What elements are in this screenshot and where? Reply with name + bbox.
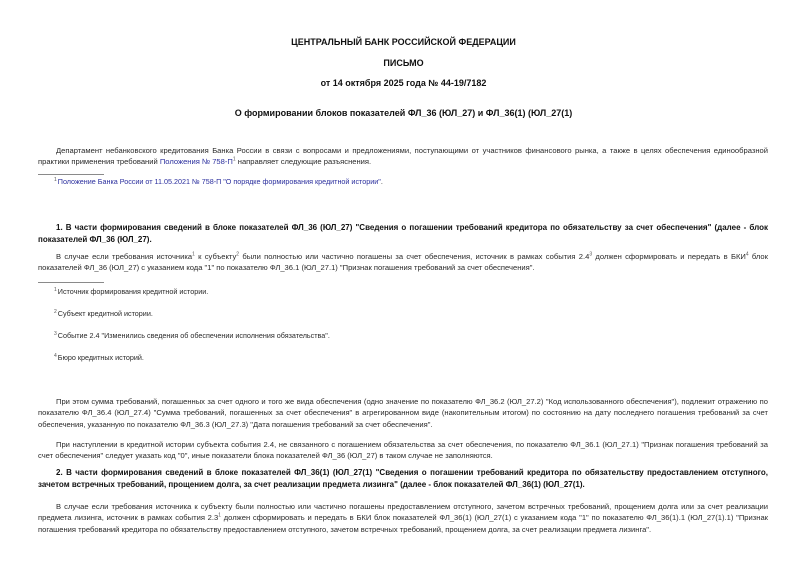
section-1-paragraph-2: При этом сумма требований, погашенных за… xyxy=(38,396,768,430)
section-1-paragraph-1: В случае если требования источника1 к су… xyxy=(38,251,768,274)
footnote-marker: 1 xyxy=(54,177,57,183)
org-name: ЦЕНТРАЛЬНЫЙ БАНК РОССИЙСКОЙ ФЕДЕРАЦИИ xyxy=(0,36,807,50)
footnote-regulation-link[interactable]: Положение Банка России от 11.05.2021 № 7… xyxy=(58,177,381,186)
intro-text-tail: направляет следующие разъяснения. xyxy=(236,157,371,166)
footnote-text: Событие 2.4 "Изменились сведения об обес… xyxy=(58,331,330,340)
footnote-marker: 2 xyxy=(54,309,57,315)
footnote-marker: 1 xyxy=(54,287,57,293)
footnote-marker: 3 xyxy=(54,331,57,337)
footnote-divider xyxy=(38,174,104,175)
footnote-subject: 2Субъект кредитной истории. xyxy=(54,309,153,320)
intro-text: Департамент небанковского кредитования Б… xyxy=(38,146,768,166)
footnote-text: Бюро кредитных историй. xyxy=(58,353,144,362)
section-1-heading: 1. В части формирования сведений в блоке… xyxy=(38,222,768,247)
footnote-text: Субъект кредитной истории. xyxy=(58,309,153,318)
regulation-758p-link[interactable]: Положения № 758-П xyxy=(160,157,233,166)
footnote-bki: 4Бюро кредитных историй. xyxy=(54,353,144,364)
footnote-1: 1Положение Банка России от 11.05.2021 № … xyxy=(54,177,383,188)
section-2-heading: 2. В части формирования сведений в блоке… xyxy=(38,467,768,492)
footnote-text: Источник формирования кредитной истории. xyxy=(58,287,208,296)
doc-title: О формировании блоков показателей ФЛ_36 … xyxy=(0,107,807,121)
text: были полностью или частично погашены за … xyxy=(239,252,589,261)
footnote-marker: 4 xyxy=(54,353,57,359)
doc-type: ПИСЬМО xyxy=(0,57,807,71)
text: В случае если требования источника xyxy=(56,252,192,261)
intro-paragraph: Департамент небанковского кредитования Б… xyxy=(38,145,768,168)
document-page: ЦЕНТРАЛЬНЫЙ БАНК РОССИЙСКОЙ ФЕДЕРАЦИИ ПИ… xyxy=(0,0,807,571)
text: к субъекту xyxy=(195,252,236,261)
doc-date-number: от 14 октября 2025 года № 44-19/7182 xyxy=(0,77,807,91)
text: должен сформировать и передать в БКИ xyxy=(592,252,746,261)
footnote-source: 1Источник формирования кредитной истории… xyxy=(54,287,208,298)
footnote-event: 3Событие 2.4 "Изменились сведения об обе… xyxy=(54,331,330,342)
footnote-tail: . xyxy=(381,177,383,186)
footnote-divider xyxy=(38,282,104,283)
section-1-paragraph-3: При наступлении в кредитной истории субъ… xyxy=(38,439,768,462)
section-2-paragraph-1: В случае если требования источника к суб… xyxy=(38,501,768,535)
